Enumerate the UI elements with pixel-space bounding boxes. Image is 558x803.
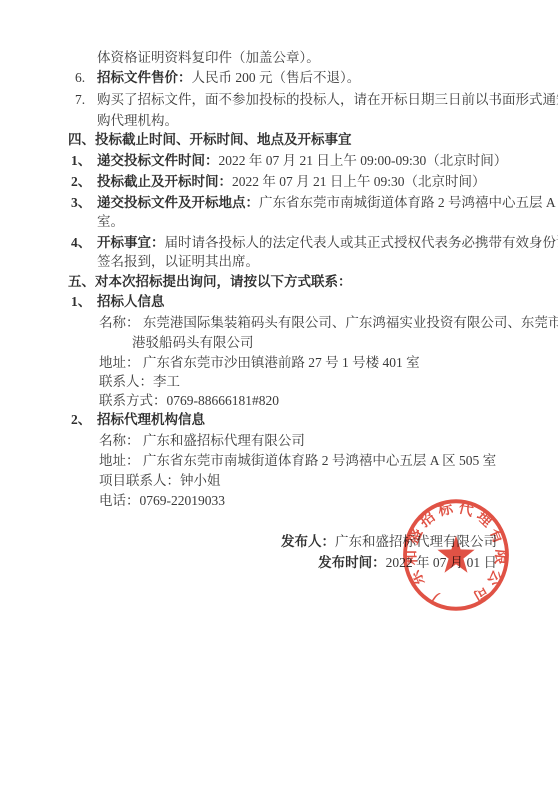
- line-label: 投标截止及开标时间：: [97, 174, 232, 189]
- line-text: 购买了招标文件，面不参加投标的投标人，请在开标日期三日前以书面形式通知采: [97, 92, 558, 107]
- doc-line: 体资格证明资料复印件（加盖公章）。: [0, 48, 558, 68]
- list-marker: 7.: [75, 90, 85, 110]
- line-text: 地址： 广东省东莞市沙田镇港前路 27 号 1 号楼 401 室: [99, 355, 420, 370]
- doc-line: 名称： 东莞港国际集装箱码头有限公司、广东鸿福实业投资有限公司、东莞市虎门: [0, 313, 558, 333]
- doc-line: 地址： 广东省东莞市南城街道体育路 2 号鸿禧中心五层 A 区 505 室: [0, 451, 558, 471]
- line-text: 名称： 广东和盛招标代理有限公司: [99, 433, 305, 448]
- doc-line: 签名报到，以证明其出席。: [0, 252, 558, 272]
- line-text: 签名报到，以证明其出席。: [97, 254, 259, 269]
- line-text: 购代理机构。: [97, 113, 178, 128]
- document-page: 体资格证明资料复印件（加盖公章）。 6.招标文件售价：人民币 200 元（售后不…: [0, 0, 558, 803]
- line-text: 联系人：李工: [99, 374, 180, 389]
- list-marker: 6.: [75, 68, 85, 88]
- doc-line: 1、递交投标文件时间：2022 年 07 月 21 日上午 09:00-09:3…: [0, 151, 558, 171]
- line-text: 电话：0769-22019033: [99, 493, 225, 508]
- line-text: 港驳船码头有限公司: [132, 335, 254, 350]
- line-text: 名称： 东莞港国际集装箱码头有限公司、广东鸿福实业投资有限公司、东莞市虎门: [99, 315, 558, 330]
- doc-line: 1、招标人信息: [0, 292, 558, 312]
- list-marker: 4、: [71, 233, 91, 253]
- doc-line: 联系人：李工: [0, 372, 558, 392]
- list-marker: 2、: [71, 172, 91, 192]
- doc-line: 地址： 广东省东莞市沙田镇港前路 27 号 1 号楼 401 室: [0, 353, 558, 373]
- doc-line: 4、开标事宜：届时请各投标人的法定代表人或其正式授权代表务必携带有效身份证明: [0, 233, 558, 253]
- line-label: 递交投标文件及开标地点：: [97, 195, 259, 210]
- line-text: 2022 年 07 月 21 日上午 09:00-09:30（北京时间）: [219, 153, 508, 168]
- line-text: 联系方式：0769-88666181#820: [99, 393, 279, 408]
- doc-line: 联系方式：0769-88666181#820: [0, 391, 558, 411]
- doc-line: 6.招标文件售价：人民币 200 元（售后不退）。: [0, 68, 558, 88]
- list-marker: 3、: [71, 193, 91, 213]
- list-marker: 1、: [71, 292, 91, 312]
- publisher-line: 发布人：广东和盛招标代理有限公司: [281, 532, 497, 552]
- doc-line: 项目联系人：钟小姐: [0, 471, 558, 491]
- line-text: 室。: [97, 214, 124, 229]
- doc-line: 电话：0769-22019033: [0, 491, 558, 511]
- line-label: 招标文件售价：: [97, 70, 192, 85]
- publish-date-value: 2022 年 07 月 01 日: [386, 555, 497, 570]
- line-label: 招标代理机构信息: [97, 412, 205, 427]
- doc-line: 3、递交投标文件及开标地点：广东省东莞市南城街道体育路 2 号鸿禧中心五层 A …: [0, 193, 558, 213]
- doc-line: 2、招标代理机构信息: [0, 410, 558, 430]
- line-text: 2022 年 07 月 21 日上午 09:30（北京时间）: [232, 174, 486, 189]
- section-heading: 五、对本次招标提出询问，请按以下方式联系：: [0, 272, 558, 292]
- doc-line: 室。: [0, 212, 558, 232]
- publisher-value: 广东和盛招标代理有限公司: [335, 534, 497, 549]
- doc-line: 2、投标截止及开标时间：2022 年 07 月 21 日上午 09:30（北京时…: [0, 172, 558, 192]
- heading-text: 四、投标截止时间、开标时间、地点及开标事宜: [68, 132, 352, 147]
- doc-line: 名称： 广东和盛招标代理有限公司: [0, 431, 558, 451]
- publisher-label: 发布人：: [281, 534, 335, 549]
- line-label: 招标人信息: [97, 294, 165, 309]
- line-text: 广东省东莞市南城街道体育路 2 号鸿禧中心五层 A 区 505 开标: [259, 195, 558, 210]
- line-text: 体资格证明资料复印件（加盖公章）。: [97, 50, 320, 65]
- list-marker: 1、: [71, 151, 91, 171]
- line-text: 项目联系人：钟小姐: [99, 473, 221, 488]
- section-heading: 四、投标截止时间、开标时间、地点及开标事宜: [0, 130, 558, 150]
- line-text: 人民币 200 元（售后不退）。: [192, 70, 361, 85]
- line-label: 递交投标文件时间：: [97, 153, 219, 168]
- line-text: 届时请各投标人的法定代表人或其正式授权代表务必携带有效身份证明: [165, 235, 558, 250]
- publish-date-label: 发布时间：: [318, 555, 386, 570]
- publish-date-line: 发布时间：2022 年 07 月 01 日: [318, 553, 497, 573]
- heading-text: 五、对本次招标提出询问，请按以下方式联系：: [68, 274, 352, 289]
- list-marker: 2、: [71, 410, 91, 430]
- doc-line: 7.购买了招标文件，面不参加投标的投标人，请在开标日期三日前以书面形式通知采: [0, 90, 558, 110]
- line-text: 地址： 广东省东莞市南城街道体育路 2 号鸿禧中心五层 A 区 505 室: [99, 453, 496, 468]
- doc-line: 购代理机构。: [0, 111, 558, 131]
- line-label: 开标事宜：: [97, 235, 165, 250]
- doc-line: 港驳船码头有限公司: [0, 333, 558, 353]
